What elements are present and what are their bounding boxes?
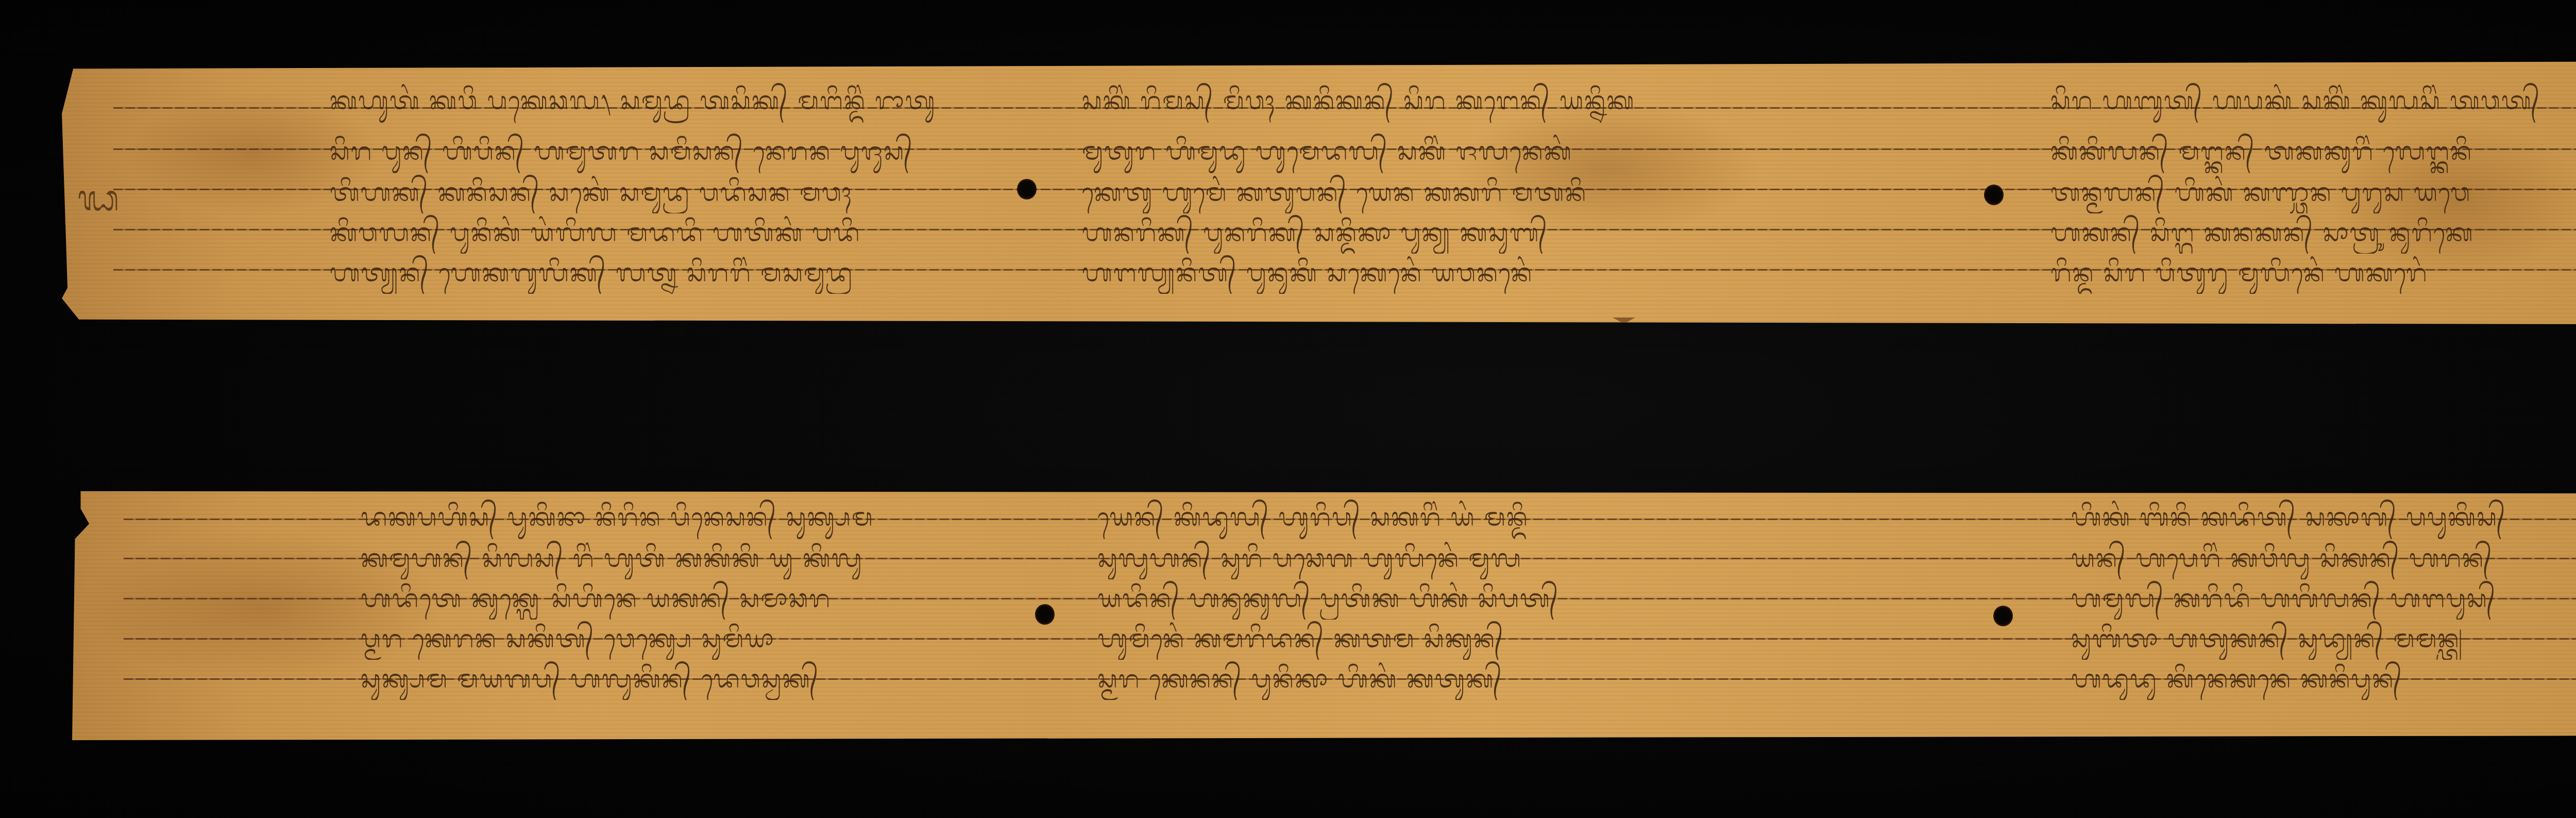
script-line: ᬳᬤᬶᬢᬾ ᬓᬸᬓ᭄ᬮᬾ ᬲᬶᬳᬶᬦᬾ ᬬᬓᬦ᭄ ᬲᬫᬵᬘᬭ [361,579,1020,620]
script-line: ᬳᬗᬮ᭄ᬬᬦᬶᬢ᭄ ᬧᬸᬦᬸᬓᬶ ᬲᬓᬾᬦᬾᬂ ᬬᬯᬦᬦᬾᬂ [1082,254,1968,294]
script-line: ᬲ᭄ᬫᬭ ᬓᬾᬦᬦ᭄ ᬧᬸᬦᬶᬓᬵ ᬳᬶᬓᬂ ᬓᬢᬸᬓ᭄ [1097,660,1973,700]
binding-hole-left [1017,179,1037,199]
script-line: ᬲᬸᬓ᭄ᬲᬫ ᬫᬬᬕᬧ᭄ ᬳᬮᬸᬓᬶᬦ᭄ ᬤᬾᬯᬲ᭄ᬯᬓ᭄ [361,660,1020,700]
binding-hole-right [1984,185,2004,205]
script-line: ᬓᬶᬯᬮᬦ᭄ ᬧᬸᬦᬶᬓᬂ ᬬᬂᬮᬶᬮ ᬫᬤᬤᬶ ᬳᬢᬶᬓᬂ ᬧᬤᬶ [330,213,994,254]
script-line: ᬓᬾᬢᬸ ᬳᬸᬫᬾᬂ ᬓᬢᬸᬧᬦ᭄ ᬬᬾᬦ ᬓᬓᬭᬶ ᬫᬢᬦᬶ [1082,173,1968,213]
palm-leaf-bottom: ᬤᬓᬧᬳᬶᬲ᭄ ᬧᬸᬓᬶᬦᬵ ᬦᬶᬭᬶᬦ ᬧᬶᬦᬾᬲᬦ᭄ ᬲᬸᬓ᭄ᬲᬫ ᬓᬫᬸᬳ… [72,489,2576,740]
text-column-left: ᬤᬓᬧᬳᬶᬲ᭄ ᬧᬸᬓᬶᬦᬵ ᬦᬶᬭᬶᬦ ᬧᬶᬦᬾᬲᬦ᭄ ᬲᬸᬓ᭄ᬲᬫ ᬓᬫᬸᬳ… [361,498,1020,700]
script-line: ᬓᬫᬸᬳᬦ᭄ ᬲᬶᬮᬲ᭄ ᬭᬶᬂ ᬳᬸᬢᬶ ᬓᬓᬶᬓᬶ ᬬᬸ ᬓᬶᬮᬸ [361,539,1020,579]
text-column-middle: ᬬᬾᬦ᭄ ᬓᬶᬤᬸᬮ᭄ ᬳᬸᬭᬶᬧ᭄ ᬲᬓᬭᬶᬂ ᬬᬂ ᬫᬦ᭄ᬤᬶ ᬲᬸᬮᬸᬳᬦ… [1097,498,1973,700]
script-line: ᬳᬫᬸᬮ᭄ ᬓᬭᬶᬤᬶ ᬳᬕᬶᬮᬦ᭄ ᬳᬗᬧᬸᬲ᭄ [2071,579,2576,620]
text-column-right: ᬲᬶᬭ ᬳᬩᬸᬢ᭄ ᬳᬧᬓᬂ ᬲᬓᬶᬂ ᬓᬸᬮᬲᬶᬂ ᬢᬯᬢ᭄ ᬓᬶᬓᬶᬮᬦ᭄ … [2050,81,2576,294]
script-line: ᬲᬸᬩᬶᬢᬵ ᬳᬢᬸᬓᬦ᭄ ᬲᬸᬤ᭄ᬬᬦ᭄ ᬫᬫᬦ᭄ᬢ᭄ᬭ [2071,620,2576,660]
margin-page-mark: ᬖ [77,172,120,237]
text-column-right: ᬳᬶᬓᬂ ᬩᬶᬦᬶ ᬓᬤᬶᬢ᭄ ᬲᬓᬵᬕ᭄ ᬧᬧᬸᬓᬶᬲ᭄ ᬬᬦ᭄ ᬳᬧᬾᬭᬶᬂ… [2071,498,2576,700]
script-line: ᬳᬤᬸᬤᬸ ᬓᬶᬦᬾᬓᬦᬾ ᬓᬦᬶᬧᬸᬦ᭄ [2071,660,2576,700]
script-line: ᬲᬸᬮᬸᬳᬦ᭄ ᬲᬸᬭᬶ ᬧᬘᬾᬕ ᬳᬸᬮᬶᬦᬾᬂ ᬫᬸᬮ [1097,539,1973,579]
script-line: ᬲᬶᬭ ᬳᬩᬸᬢ᭄ ᬳᬧᬓᬂ ᬲᬓᬶᬂ ᬓᬸᬮᬲᬶᬂ ᬢᬯᬢ᭄ [2050,81,2576,132]
binding-hole-left [1035,604,1055,625]
script-line: ᬭᬶᬦ᭄ᬤᬸ ᬲᬶᬭ ᬧᬶᬢᬸᬭᬸ ᬫᬸᬮᬶᬦᬾᬂ ᬳᬓᬭᬾᬂ [2050,254,2576,294]
script-line: ᬧ᭄ᬫᬭ ᬓᬾᬭᬦ ᬲᬓᬶᬢ᭄ ᬯᬾᬓ᭄ᬲᬾ ᬲᬸᬫᬶᬬᬵ [361,620,1020,660]
script-line: ᬬᬤᬶᬦ᭄ ᬳᬦᬸᬓᬸᬮ᭄ ᬧ᭄ᬭᬢᬶᬓ ᬳᬶᬓᬂ ᬲᬶᬧᬢ᭄ [1097,579,1973,620]
text-column-left: ᬓᬳᬸᬢᬂ ᬓᬯᬶ ᬧᬓᬾᬘᬮ᭞ ᬲᬫᬸᬤ᭄ᬭ ᬢᬲᬶᬓ᭄ ᬫᬗᬶᬦ᭄ᬤᬶᬂ ᬭ… [330,81,994,294]
text-column-middle: ᬲᬓᬶᬂ ᬭᬶᬫᬲ᭄ ᬫᬶᬯᬄ ᬓᬦᬶᬓᬦ᭄ ᬲᬶᬭ ᬓᬗᬾᬦ᭄ ᬬᬦ᭄ᬦᬶᬓ … [1082,81,1968,294]
script-line: ᬲᬶᬭ ᬧᬸᬦ᭄ ᬳᬶᬧᬶᬦ᭄ ᬳᬫᬸᬢᬭ ᬲᬫᬶᬲᬦ᭄ ᬦᬾᬭᬦ ᬧᬸᬚᬸᬲ᭄ [330,132,994,173]
script-line: ᬳᬶᬓᬂ ᬩᬶᬦᬶ ᬓᬤᬶᬢ᭄ ᬲᬓᬵᬕ᭄ ᬧᬧᬸᬓᬶᬲ᭄ [2071,498,2576,539]
script-line: ᬫᬸᬢᬸᬭ ᬳᬶᬫᬸᬤᬸ ᬳᬸᬫᬾᬤᬮ᭄ ᬲᬓᬶᬂ ᬚᬮᬦᬾᬓᬂ [1082,132,1968,173]
script-line: ᬬᬾᬦ᭄ ᬓᬶᬤᬸᬮ᭄ ᬳᬸᬭᬶᬧ᭄ ᬲᬓᬭᬶᬂ ᬬᬂ ᬫᬦ᭄ᬤᬶ [1097,498,1973,539]
script-line: ᬲᬓᬶᬂ ᬭᬶᬫᬲ᭄ ᬫᬶᬯᬄ ᬓᬦᬶᬓᬦ᭄ ᬲᬶᬭ ᬓᬗᬾᬦ᭄ ᬬᬦ᭄ᬦᬶᬓ [1082,81,1968,132]
script-line: ᬢᬶᬳᬓ᭄ ᬓᬦᬶᬲᬦ᭄ ᬲᬓᬾᬂ ᬲᬫᬸᬤ᭄ᬭ ᬧᬤᬶᬲᬦ ᬫᬯᬄ [330,173,994,213]
script-line: ᬓᬳᬸᬢᬂ ᬓᬯᬶ ᬧᬓᬾᬘᬮ᭞ ᬲᬫᬸᬤ᭄ᬭ ᬢᬲᬶᬓ᭄ ᬫᬗᬶᬦ᭄ᬤᬶᬂ ᬭ… [330,81,994,132]
binding-hole-right [1993,606,2013,626]
palm-leaf-top: ᬖ ᬓᬳᬸᬢᬂ ᬓᬯᬶ ᬧᬓᬾᬘᬮ᭞ ᬲᬫᬸᬤ᭄ᬭ ᬢᬲᬶᬓ᭄ ᬫᬗᬶᬦ᭄ᬤᬶᬂ… [62,61,2576,325]
script-line: ᬳᬸᬫᬶᬦᬾᬂ ᬓᬫᬭᬶᬤᬦ᭄ ᬓᬢᬫ ᬲᬶᬓᬸᬦ᭄ [1097,620,1973,660]
script-line: ᬬᬦ᭄ ᬳᬧᬾᬭᬶᬂ ᬓᬯᬶᬮᬸ ᬲᬶᬓᬦ᭄ ᬳᬭᬦ᭄ [2071,539,2576,579]
script-line: ᬢᬦ᭄ᬫᬸᬮᬦ᭄ ᬳᬶᬓᬂ ᬓᬜ᭄ᬘᬦ ᬧᬸᬭᬸᬲ ᬬᬯᬾ [2050,173,2576,213]
script-line: ᬳᬓᬦ᭄ ᬲᬶᬗ᭄ᬕ ᬓᬦᬓᬦ᭄ ᬲᬵᬢ᭄ᬭᬸ ᬦᬸᬭᬶᬓᬾ [2050,213,2576,254]
script-line: ᬳᬦᬭᬶᬓ᭄ ᬧᬸᬦᬭᬶᬓ᭄ ᬲᬦ᭄ᬤᬶᬓᬵ ᬧᬸᬦ᭄ᬬ ᬓᬲᬸᬩ᭄ [1082,213,1968,254]
script-line: ᬳᬢ᭄ᬬᬦ᭄ ᬳᬾᬓᬕᬸᬮᬶᬓ᭄ ᬮᬢ᭄ᬦ ᬲᬶᬭᬭᬶᬂ ᬫᬲᬫᬸᬤ᭄ᬭ [330,254,994,294]
script-line: ᬓᬶᬓᬶᬮᬦ᭄ ᬫᬗ᭄ᬓᬦ᭄ ᬢᬓᬓᬸᬭᬶᬂ ᬮᬾᬗ᭄ᬓᬦᬶ [2050,132,2576,173]
script-line: ᬤᬓᬧᬳᬶᬲ᭄ ᬧᬸᬓᬶᬦᬵ ᬦᬶᬭᬶᬦ ᬧᬶᬦᬾᬲᬦ᭄ ᬲᬸᬓ᭄ᬲᬫ [361,498,1020,539]
